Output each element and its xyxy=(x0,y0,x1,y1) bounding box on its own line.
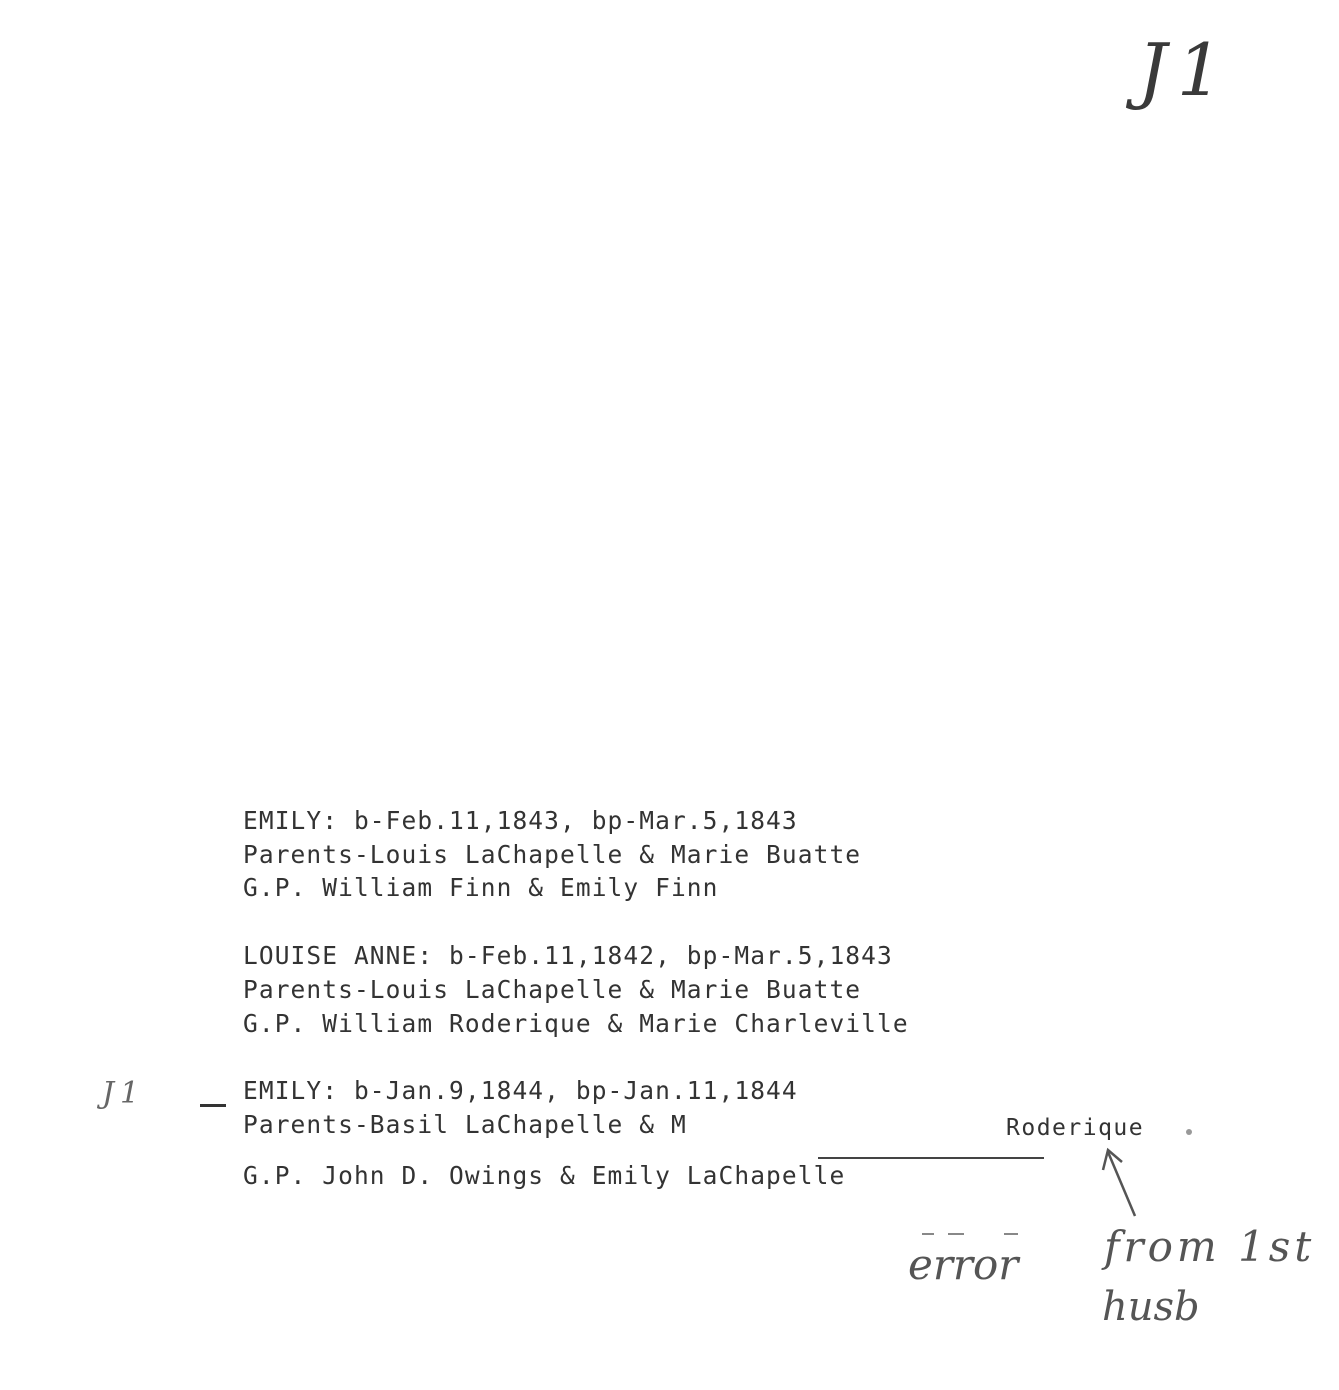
from-first-husband-annotation-line-2: husb xyxy=(1102,1284,1200,1330)
from-first-husband-annotation-line-1: from 1st xyxy=(1104,1222,1315,1271)
document-page: J1 EMILY: b-Feb.11,1843, bp-Mar.5,1843 P… xyxy=(0,0,1339,1390)
error-annotation: error xyxy=(908,1240,1018,1289)
arrow-icon xyxy=(0,0,1339,1390)
